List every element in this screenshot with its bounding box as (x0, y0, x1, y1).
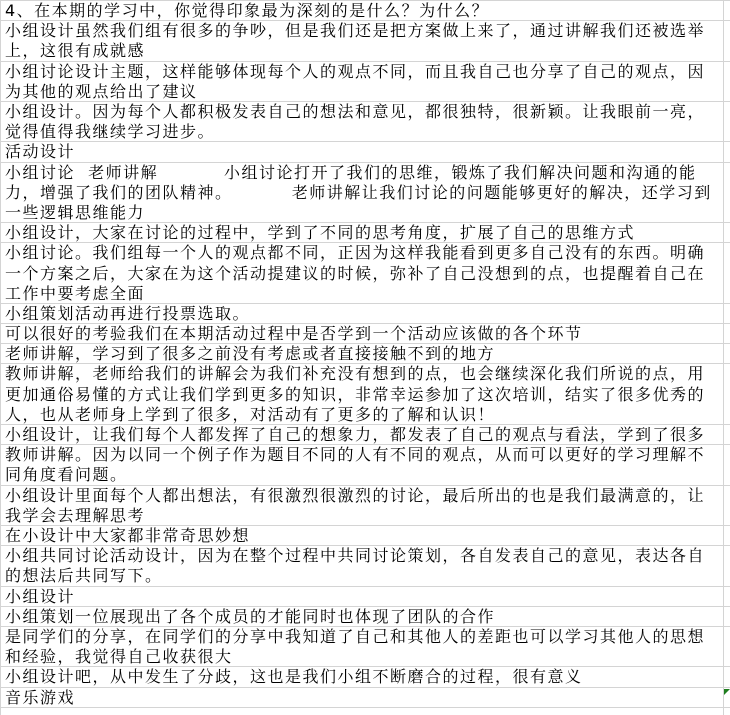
rows-container: 4、在本期的学习中，你觉得印象最为深刻的是什么？为什么？小组设计虽然我们组有很多… (1, 1, 730, 708)
response-cell[interactable]: 可以很好的考验我们在本期活动过程中是否学到一个活动应该做的各个环节 (1, 324, 730, 344)
response-cell[interactable]: 教师讲解。因为以同一个例子作为题目不同的人有不同的观点，从而可以更好的学习理解不… (1, 445, 730, 485)
question-cell[interactable]: 4、在本期的学习中，你觉得印象最为深刻的是什么？为什么？ (1, 1, 730, 21)
response-cell[interactable]: 小组设计 (1, 587, 730, 607)
response-cell[interactable]: 小组设计里面每个人都出想法，有很激烈很激烈的讨论，最后所出的也是我们最满意的，让… (1, 486, 730, 526)
response-cell[interactable]: 活动设计 (1, 142, 730, 162)
response-cell[interactable]: 小组讨论设计主题，这样能够体现每个人的观点不同，而且我自己也分享了自己的观点，因… (1, 62, 730, 102)
response-cell[interactable]: 小组讨论。我们组每一个人的观点都不同，正因为这样我能看到更多自己没有的东西。明确… (1, 243, 730, 304)
response-cell[interactable]: 小组策划一位展现出了各个成员的才能同时也体现了团队的合作 (1, 607, 730, 627)
cell-flag-icon (724, 689, 730, 695)
response-cell[interactable]: 小组讨论 老师讲解 小组讨论打开了我们的思维，锻炼了我们解决问题和沟通的能力，增… (1, 163, 730, 224)
response-cell[interactable]: 小组设计，大家在讨论的过程中，学到了不同的思考角度，扩展了自己的思维方式 (1, 223, 730, 243)
response-cell[interactable]: 小组设计吧，从中发生了分歧，这也是我们小组不断磨合的过程，很有意义 (1, 667, 730, 687)
response-cell[interactable]: 是同学们的分享，在同学们的分享中我知道了自己和其他人的差距也可以学习其他人的思想… (1, 627, 730, 667)
response-cell[interactable]: 音乐游戏 (1, 688, 730, 708)
response-cell[interactable]: 教师讲解，老师给我们的讲解会为我们补充没有想到的点，也会继续深化我们所说的点，用… (1, 364, 730, 425)
spreadsheet-viewport: 4、在本期的学习中，你觉得印象最为深刻的是什么？为什么？小组设计虽然我们组有很多… (0, 0, 730, 715)
response-cell[interactable]: 小组共同讨论活动设计，因为在整个过程中共同讨论策划，各自发表自己的意见，表达各自… (1, 546, 730, 586)
response-cell[interactable]: 小组设计。因为每个人都积极发表自己的想法和意见，都很独特，很新颖。让我眼前一亮，… (1, 102, 730, 142)
response-cell[interactable]: 小组策划活动再进行投票选取。 (1, 304, 730, 324)
column-gridline (723, 1, 724, 715)
response-cell[interactable]: 小组设计，让我们每个人都发挥了自己的想象力，都发表了自己的观点与看法，学到了很多 (1, 425, 730, 445)
response-cell[interactable]: 在小设计中大家都非常奇思妙想 (1, 526, 730, 546)
response-cell[interactable]: 小组设计虽然我们组有很多的争吵，但是我们还是把方案做上来了，通过讲解我们还被选举… (1, 21, 730, 61)
response-cell[interactable]: 老师讲解，学习到了很多之前没有考虑或者直接接触不到的地方 (1, 344, 730, 364)
